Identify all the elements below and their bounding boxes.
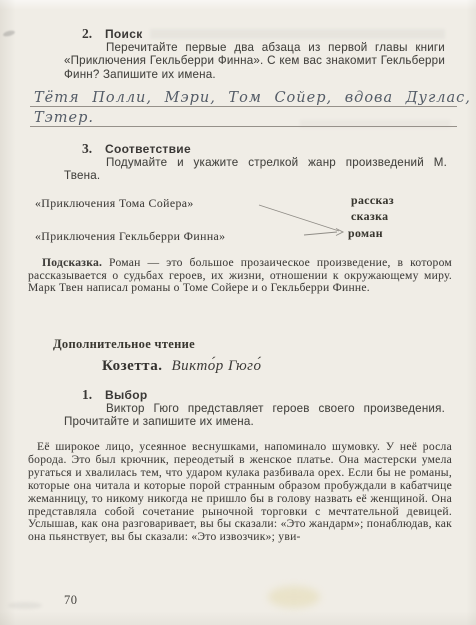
drawn-line-tom-to-roman bbox=[259, 205, 339, 231]
workbook-page-scan: 2. Поиск Перечитайте первые два абзаца и… bbox=[0, 0, 476, 625]
hint-label: Подсказка. bbox=[42, 256, 102, 269]
arrowhead-icon bbox=[336, 229, 343, 236]
hint-paragraph: Подсказка. Роман — это большое прозаичес… bbox=[28, 257, 452, 295]
additional-reading-heading: Дополнительное чтение bbox=[53, 337, 195, 352]
story-title-line: Козетта.Викто́р Гюго́ bbox=[102, 357, 262, 375]
section-choice-number: 1. bbox=[82, 387, 105, 403]
section-choice-title: Выбор bbox=[105, 388, 148, 402]
section-choice-heading: 1. Выбор bbox=[82, 387, 148, 403]
drawn-line-huck-to-roman bbox=[304, 232, 337, 235]
reading-passage: Её широкое лицо, усеянное веснушками, на… bbox=[28, 441, 452, 544]
section-choice-task-text: Виктор Гюго представляет героев своего п… bbox=[64, 402, 445, 429]
page-number: 70 bbox=[64, 593, 78, 608]
story-author: Викто́р Гюго́ bbox=[171, 358, 261, 374]
story-title: Козетта. bbox=[102, 358, 162, 374]
